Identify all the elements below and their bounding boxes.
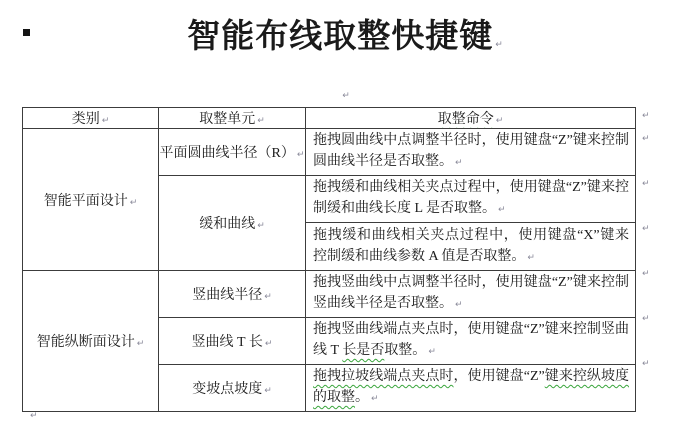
unit-cell: 竖曲线半径↵ bbox=[159, 271, 306, 318]
paragraph-mark-icon: ↵ bbox=[257, 221, 265, 231]
paragraph-mark-icon: ↵ bbox=[642, 134, 650, 144]
command-cell: 拖拽圆曲线中点调整半径时，使用键盘“Z”键来控制圆曲线半径是否取整。↵ bbox=[306, 129, 636, 176]
header-label: 类别 bbox=[72, 112, 100, 127]
command-text: 拖拽竖曲线端点夹点时，使用键盘“Z”键来控制竖曲线 T 长是否取整。 bbox=[313, 322, 629, 358]
paragraph-mark-icon: ↵ bbox=[30, 411, 38, 421]
unit-cell: 缓和曲线↵ bbox=[159, 176, 306, 271]
paragraph-mark-icon: ↵ bbox=[428, 347, 436, 357]
paragraph-mark-icon: ↵ bbox=[642, 224, 650, 234]
paragraph-mark-icon: ↵ bbox=[496, 116, 504, 126]
paragraph-mark-icon: ↵ bbox=[642, 111, 650, 121]
table-row: 智能纵断面设计↵ 竖曲线半径↵ 拖拽竖曲线中点调整半径时，使用键盘“Z”键来控制… bbox=[23, 271, 636, 318]
paragraph-mark-icon: ↵ bbox=[455, 300, 463, 310]
paragraph-mark-icon: ↵ bbox=[264, 386, 272, 396]
command-text: 拖拽圆曲线中点调整半径时，使用键盘“Z”键来控制圆曲线半径是否取整。 bbox=[313, 133, 629, 169]
header-label: 取整命令 bbox=[438, 112, 494, 127]
command-text: 拖拽竖曲线中点调整半径时，使用键盘“Z”键来控制竖曲线半径是否取整。 bbox=[313, 275, 629, 311]
command-text: 拖拽缓和曲线相关夹点过程中，使用键盘“X”键来控制缓和曲线参数 A 值是否取整。 bbox=[313, 228, 629, 264]
category-label: 智能纵断面设计 bbox=[37, 335, 135, 350]
unit-cell: 变坡点坡度↵ bbox=[159, 365, 306, 412]
paragraph-mark-icon: ↵ bbox=[371, 394, 379, 404]
paragraph-mark-icon: ↵ bbox=[495, 40, 503, 50]
unit-cell: 平面圆曲线半径（R）↵ bbox=[159, 129, 306, 176]
paragraph-mark-icon: ↵ bbox=[455, 158, 463, 168]
paragraph-mark-icon: ↵ bbox=[642, 314, 650, 324]
page-title: 智能布线取整快捷键 bbox=[187, 19, 493, 55]
unit-label: 变坡点坡度 bbox=[192, 382, 262, 397]
paragraph-mark-icon: ↵ bbox=[264, 292, 272, 302]
header-cell-unit: 取整单元↵ bbox=[159, 108, 306, 129]
paragraph-mark-icon: ↵ bbox=[102, 116, 110, 126]
shortcut-table: 类别↵ 取整单元↵ 取整命令↵ 智能平面设计↵ 平面圆曲线半径（R）↵ 拖拽圆曲… bbox=[22, 107, 636, 412]
paragraph-mark-icon: ↵ bbox=[265, 339, 273, 349]
command-text: 拖拽缓和曲线相关夹点过程中，使用键盘“Z”键来控制缓和曲线长度 L 是否取整。 bbox=[313, 180, 629, 216]
header-label: 取整单元 bbox=[199, 112, 255, 127]
paragraph-mark-icon: ↵ bbox=[527, 253, 535, 263]
unit-label: 竖曲线 T 长 bbox=[192, 335, 263, 350]
command-cell: 拖拽拉坡线端点夹点时，使用键盘“Z”键来控纵坡度的取整。↵ bbox=[306, 365, 636, 412]
category-cell: 智能平面设计↵ bbox=[23, 129, 159, 271]
header-cell-command: 取整命令↵ bbox=[306, 108, 636, 129]
command-cell: 拖拽缓和曲线相关夹点过程中，使用键盘“X”键来控制缓和曲线参数 A 值是否取整。… bbox=[306, 223, 636, 271]
unit-label: 缓和曲线 bbox=[199, 217, 255, 232]
category-label: 智能平面设计 bbox=[44, 194, 128, 209]
paragraph-mark-icon: ↵ bbox=[297, 150, 305, 160]
header-cell-category: 类别↵ bbox=[23, 108, 159, 129]
empty-paragraph: ↵ bbox=[28, 405, 38, 423]
command-cell: 拖拽缓和曲线相关夹点过程中，使用键盘“Z”键来控制缓和曲线长度 L 是否取整。↵ bbox=[306, 176, 636, 223]
command-cell: 拖拽竖曲线中点调整半径时，使用键盘“Z”键来控制竖曲线半径是否取整。↵ bbox=[306, 271, 636, 318]
paragraph-mark-icon: ↵ bbox=[642, 359, 650, 369]
category-cell: 智能纵断面设计↵ bbox=[23, 271, 159, 412]
empty-paragraph: ↵ bbox=[0, 85, 690, 103]
paragraph-mark-icon: ↵ bbox=[257, 116, 265, 126]
unit-label: 竖曲线半径 bbox=[192, 288, 262, 303]
paragraph-mark-icon: ↵ bbox=[642, 179, 650, 189]
document-title-row: 智能布线取整快捷键↵ bbox=[0, 10, 690, 57]
table-row: 智能平面设计↵ 平面圆曲线半径（R）↵ 拖拽圆曲线中点调整半径时，使用键盘“Z”… bbox=[23, 129, 636, 176]
unit-label: 平面圆曲线半径（R） bbox=[160, 146, 295, 161]
command-text: 拖拽拉坡线端点夹点时，使用键盘“Z”键来控纵坡度的取整。 bbox=[313, 369, 629, 405]
paragraph-mark-icon: ↵ bbox=[342, 91, 350, 101]
command-cell: 拖拽竖曲线端点夹点时，使用键盘“Z”键来控制竖曲线 T 长是否取整。↵ bbox=[306, 318, 636, 365]
paragraph-mark-icon: ↵ bbox=[642, 269, 650, 279]
paragraph-mark-icon: ↵ bbox=[137, 339, 145, 349]
paragraph-mark-icon: ↵ bbox=[130, 198, 138, 208]
unit-cell: 竖曲线 T 长↵ bbox=[159, 318, 306, 365]
paragraph-mark-icon: ↵ bbox=[498, 205, 506, 215]
table-header-row: 类别↵ 取整单元↵ 取整命令↵ bbox=[23, 108, 636, 129]
